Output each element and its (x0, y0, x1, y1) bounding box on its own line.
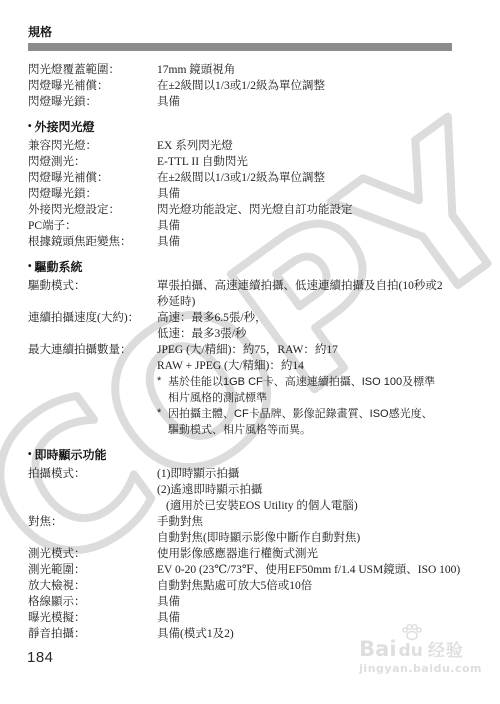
value-line: 具備 (157, 610, 478, 626)
value-line: 具備 (157, 234, 478, 250)
spec-row: 測光範圍：EV 0-20 (23℃/73℉、使用EF50mm f/1.4 USM… (28, 562, 478, 578)
value-line: JPEG (大/精細)：約75，RAW：約17 (157, 342, 478, 358)
baidu-brand-du: du (399, 641, 423, 661)
spec-label: 兼容閃光燈： (28, 138, 157, 154)
value-line: 秒延時) (157, 294, 478, 310)
note-text: 因拍攝主體、CF卡品牌、影像記錄畫質、ISO感光度、 (168, 406, 433, 422)
spec-value: 17mm 鏡頭視角 (157, 62, 478, 78)
spec-row: 測光模式：使用影像感應器進行權衡式測光 (28, 546, 478, 562)
value-line: (2)遙遠即時顯示拍攝 (157, 482, 478, 498)
title-rule (28, 43, 452, 51)
spec-label: 閃燈曝光補償： (28, 78, 157, 94)
spec-label: 靜音拍攝： (28, 626, 157, 642)
value-line: EV 0-20 (23℃/73℉、使用EF50mm f/1.4 USM鏡頭、IS… (157, 562, 478, 578)
spec-value: EV 0-20 (23℃/73℉、使用EF50mm f/1.4 USM鏡頭、IS… (157, 562, 478, 578)
spec-row: 閃燈曝光補償：在±2級間以1/3或1/2級為單位調整 (28, 78, 478, 94)
spec-label: 連續拍攝速度(大約)： (28, 310, 157, 326)
spec-section: •即時顯示功能拍攝模式：(1)即時顯示拍攝(2)遙遠即時顯示拍攝(適用於已安裝E… (28, 447, 478, 642)
section-heading-label: 外接閃光燈 (35, 119, 95, 135)
spec-section: •驅動系統驅動模式：單張拍攝、高速連續拍攝、低速連續拍攝及自拍(10秒或2秒延時… (28, 259, 478, 438)
baidu-brand-bai: Bai (359, 639, 396, 660)
page-title: 規格 (28, 25, 452, 39)
value-line: (1)即時顯示拍攝 (157, 466, 478, 482)
baidu-brand-du-wrap: du (399, 631, 423, 660)
spec-label: 驅動模式： (28, 278, 157, 294)
spec-row: 連續拍攝速度(大約)：高速：最多6.5張/秒，低速：最多3張/秒 (28, 310, 478, 342)
value-line: 在±2級間以1/3或1/2級為單位調整 (157, 78, 478, 94)
spec-row: 閃燈曝光鎖：具備 (28, 94, 478, 110)
spec-row: 驅動模式：單張拍攝、高速連續拍攝、低速連續拍攝及自拍(10秒或2秒延時) (28, 278, 478, 310)
spec-label: PC端子： (28, 218, 157, 234)
value-line: 在±2級間以1/3或1/2級為單位調整 (157, 170, 478, 186)
value-line: 相片風格的測試標準 (157, 390, 478, 406)
spec-value: (1)即時顯示拍攝(2)遙遠即時顯示拍攝(適用於已安裝EOS Utility 的… (157, 466, 478, 514)
bullet-icon: • (28, 447, 32, 463)
value-line: 17mm 鏡頭視角 (157, 62, 478, 78)
value-line: 自動對焦(即時顯示影像中斷作自動對焦) (157, 530, 478, 546)
bullet-icon: • (28, 259, 32, 275)
spec-row: 閃燈測光：E-TTL II 自動閃光 (28, 154, 478, 170)
spec-value: 具備 (157, 218, 478, 234)
spec-label: 放大檢視： (28, 578, 157, 594)
section-heading-label: 即時顯示功能 (35, 447, 107, 463)
value-line: EX 系列閃光燈 (157, 138, 478, 154)
baidu-brand-cn: 经验 (428, 643, 464, 660)
spec-row: 格線顯示：具備 (28, 594, 478, 610)
spec-label: 最大連續拍攝數量： (28, 342, 157, 358)
value-line: 高速：最多6.5張/秒， (157, 310, 478, 326)
spec-label: 測光模式： (28, 546, 157, 562)
spec-value: 具備 (157, 94, 478, 110)
section-heading: •驅動系統 (28, 259, 478, 275)
spec-row: 根據鏡頭焦距變焦：具備 (28, 234, 478, 250)
spec-row: 閃燈曝光補償：在±2級間以1/3或1/2級為單位調整 (28, 170, 478, 186)
page-header: 規格 (28, 25, 452, 51)
spec-value: 閃光燈功能設定、閃光燈自訂功能設定 (157, 202, 478, 218)
section-heading: •即時顯示功能 (28, 447, 478, 463)
spec-value: EX 系列閃光燈 (157, 138, 478, 154)
spec-value: 具備 (157, 186, 478, 202)
spec-row: PC端子：具備 (28, 218, 478, 234)
value-line: 具備 (157, 186, 478, 202)
spec-value: 在±2級間以1/3或1/2級為單位調整 (157, 170, 478, 186)
spec-value: 高速：最多6.5張/秒，低速：最多3張/秒 (157, 310, 478, 342)
value-line: (適用於已安裝EOS Utility 的個人電腦) (157, 498, 478, 514)
section-heading: •外接閃光燈 (28, 119, 478, 135)
baidu-logo: Bai du 经验 (359, 632, 482, 660)
spec-label: 拍攝模式： (28, 466, 157, 482)
value-line: *基於佳能以1GB CF卡、高速連續拍攝、ISO 100及標準 (157, 374, 478, 390)
spec-value: 具備 (157, 610, 478, 626)
value-line: 單張拍攝、高速連續拍攝、低速連續拍攝及自拍(10秒或2 (157, 278, 478, 294)
spec-row: 兼容閃光燈：EX 系列閃光燈 (28, 138, 478, 154)
value-line: RAW + JPEG (大/精細)：約14 (157, 358, 478, 374)
value-line: 自動對焦點處可放大5倍或10倍 (157, 578, 478, 594)
spec-value: 自動對焦點處可放大5倍或10倍 (157, 578, 478, 594)
spec-value: 使用影像感應器進行權衡式測光 (157, 546, 478, 562)
spec-row: 拍攝模式：(1)即時顯示拍攝(2)遙遠即時顯示拍攝(適用於已安裝EOS Util… (28, 466, 478, 514)
value-line: 閃光燈功能設定、閃光燈自訂功能設定 (157, 202, 478, 218)
value-line: 使用影像感應器進行權衡式測光 (157, 546, 478, 562)
spec-row: 外接閃光燈設定：閃光燈功能設定、閃光燈自訂功能設定 (28, 202, 478, 218)
spec-value: 手動對焦自動對焦(即時顯示影像中斷作自動對焦) (157, 514, 478, 546)
spec-value: 在±2級間以1/3或1/2級為單位調整 (157, 78, 478, 94)
spec-row: 最大連續拍攝數量：JPEG (大/精細)：約75，RAW：約17RAW + JP… (28, 342, 478, 438)
spec-section: •外接閃光燈兼容閃光燈：EX 系列閃光燈閃燈測光：E-TTL II 自動閃光閃燈… (28, 119, 478, 250)
spec-value: 單張拍攝、高速連續拍攝、低速連續拍攝及自拍(10秒或2秒延時) (157, 278, 478, 310)
spec-label: 格線顯示： (28, 594, 157, 610)
spec-label: 根據鏡頭焦距變焦： (28, 234, 157, 250)
value-line: *因拍攝主體、CF卡品牌、影像記錄畫質、ISO感光度、 (157, 406, 478, 422)
value-line: 具備 (157, 218, 478, 234)
spec-label: 測光範圍： (28, 562, 157, 578)
spec-label: 閃燈曝光鎖： (28, 94, 157, 110)
value-line: 低速：最多3張/秒 (157, 326, 478, 342)
spec-value: E-TTL II 自動閃光 (157, 154, 478, 170)
spec-row: 放大檢視：自動對焦點處可放大5倍或10倍 (28, 578, 478, 594)
page-number: 184 (27, 649, 54, 666)
spec-list: 閃光燈覆蓋範圍：17mm 鏡頭視角閃燈曝光補償：在±2級間以1/3或1/2級為單… (28, 62, 478, 642)
spec-label: 閃燈測光： (28, 154, 157, 170)
value-line: 驅動模式、相片風格等而異。 (157, 422, 478, 438)
note-marker: * (157, 374, 168, 390)
spec-row: 閃燈曝光鎖：具備 (28, 186, 478, 202)
paw-icon (400, 623, 424, 641)
note-text: 基於佳能以1GB CF卡、高速連續拍攝、ISO 100及標準 (168, 374, 435, 390)
spec-row: 閃光燈覆蓋範圍：17mm 鏡頭視角 (28, 62, 478, 78)
baidu-watermark: Bai du 经验 jingyan.baidu.com (359, 632, 482, 674)
spec-value: 具備 (157, 594, 478, 610)
spec-label: 曝光模擬： (28, 610, 157, 626)
bullet-icon: • (28, 119, 32, 135)
value-line: 具備 (157, 94, 478, 110)
section-heading-label: 驅動系統 (35, 259, 83, 275)
value-line: 手動對焦 (157, 514, 478, 530)
spec-label: 閃燈曝光補償： (28, 170, 157, 186)
spec-label: 閃燈曝光鎖： (28, 186, 157, 202)
baidu-url: jingyan.baidu.com (359, 663, 482, 674)
note-marker: * (157, 406, 168, 422)
spec-value: 具備 (157, 234, 478, 250)
value-line: 具備 (157, 594, 478, 610)
value-line: E-TTL II 自動閃光 (157, 154, 478, 170)
spec-section: 閃光燈覆蓋範圍：17mm 鏡頭視角閃燈曝光補償：在±2級間以1/3或1/2級為單… (28, 62, 478, 110)
spec-label: 閃光燈覆蓋範圍： (28, 62, 157, 78)
spec-label: 外接閃光燈設定： (28, 202, 157, 218)
spec-row: 對焦：手動對焦自動對焦(即時顯示影像中斷作自動對焦) (28, 514, 478, 546)
spec-value: JPEG (大/精細)：約75，RAW：約17RAW + JPEG (大/精細)… (157, 342, 478, 438)
spec-label: 對焦： (28, 514, 157, 530)
